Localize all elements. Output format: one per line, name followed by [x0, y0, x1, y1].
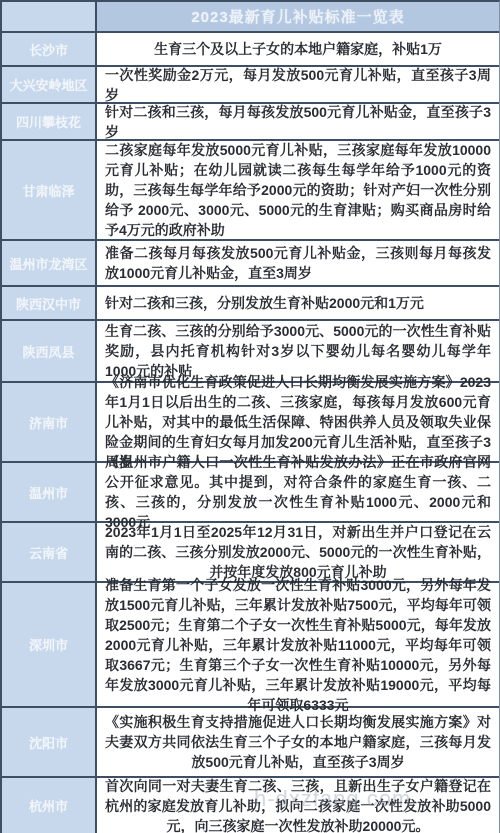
- table-row: 大兴安岭地区 一次性奖励金2万元，每月发放500元育儿补贴，直至孩子3周岁: [2, 67, 499, 104]
- policy-cell: 2023年1月1日至2025年12月31日，对新出生并户口登记在云南的二孩、三孩…: [97, 523, 499, 581]
- region-cell: 温州市龙湾区: [2, 241, 97, 285]
- region-cell: 四川攀枝花: [2, 104, 97, 139]
- region-cell: 陕西汉中市: [2, 287, 97, 319]
- table-row: 温州市 《温州市户籍人口一次性生育补贴发放办法》正在市政府官网公开征求意见。其中…: [2, 463, 499, 523]
- policy-cell: 《济南市优化生育政策促进人口长期均衡发展实施方案》2023年1月1日以后出生的二…: [97, 383, 499, 461]
- policy-cell: 一次性奖励金2万元，每月发放500元育儿补贴，直至孩子3周岁: [97, 67, 499, 102]
- table-row: 沈阳市 《实施积极生育支持措施促进人口长期均衡发展实施方案》对夫妻双方共同依法生…: [2, 708, 499, 778]
- policy-cell: 首次向同一对夫妻生育二孩、三孩，且新出生子女户籍登记在杭州的家庭发放育儿补助，拟…: [97, 778, 499, 833]
- policy-cell: 针对二孩和三孩，每月每孩发放500元育儿补贴金，直至孩子3岁: [97, 104, 499, 139]
- region-cell: 长沙市: [2, 33, 97, 65]
- policy-cell: 二孩家庭每年发放5000元育儿补贴，三孩家庭每年发放10000元育儿补贴；在幼儿…: [97, 141, 499, 239]
- region-cell: 济南市: [2, 383, 97, 461]
- table-row: 济南市 《济南市优化生育政策促进人口长期均衡发展实施方案》2023年1月1日以后…: [2, 383, 499, 463]
- policy-cell: 准备生育第一个子女发放一次性生育补贴3000元，另外每年发放1500元育儿补贴，…: [97, 583, 499, 706]
- table-row: 长沙市 生育三个及以上子女的本地户籍家庭，补贴1万: [2, 33, 499, 67]
- policy-cell: 《实施积极生育支持措施促进人口长期均衡发展实施方案》对夫妻双方共同依法生育三个子…: [97, 708, 499, 776]
- region-cell: 陕西凤县: [2, 321, 97, 381]
- table-row: 温州市龙湾区 准备二孩每月每孩发放500元育儿补贴金，三孩则每月每孩发放1000…: [2, 241, 499, 287]
- region-cell: 云南省: [2, 523, 97, 581]
- region-cell: 杭州市: [2, 778, 97, 833]
- subsidy-table: 2023最新育儿补贴标准一览表 长沙市 生育三个及以上子女的本地户籍家庭，补贴1…: [0, 0, 500, 833]
- table-row: 深圳市 准备生育第一个子女发放一次性生育补贴3000元，另外每年发放1500元育…: [2, 583, 499, 708]
- policy-cell: 针对二孩和三孩，分别发放生育补贴2000元和1万元: [97, 287, 499, 319]
- header-corner-cell: [2, 2, 97, 31]
- table-row: 陕西汉中市 针对二孩和三孩，分别发放生育补贴2000元和1万元: [2, 287, 499, 321]
- region-cell: 深圳市: [2, 583, 97, 706]
- table-row: 四川攀枝花 针对二孩和三孩，每月每孩发放500元育儿补贴金，直至孩子3岁: [2, 104, 499, 141]
- policy-cell: 生育三个及以上子女的本地户籍家庭，补贴1万: [97, 33, 499, 65]
- region-cell: 沈阳市: [2, 708, 97, 776]
- page-title: 2023最新育儿补贴标准一览表: [97, 2, 499, 31]
- region-cell: 大兴安岭地区: [2, 67, 97, 102]
- policy-cell: 准备二孩每月每孩发放500元育儿补贴金，三孩则每月每孩发放1000元育儿补贴金，…: [97, 241, 499, 285]
- table-row: 杭州市 首次向同一对夫妻生育二孩、三孩，且新出生子女户籍登记在杭州的家庭发放育儿…: [2, 778, 499, 833]
- table-row: 甘肃临泽 二孩家庭每年发放5000元育儿补贴，三孩家庭每年发放10000元育儿补…: [2, 141, 499, 241]
- table-header-row: 2023最新育儿补贴标准一览表: [2, 2, 499, 33]
- policy-cell: 《温州市户籍人口一次性生育补贴发放办法》正在市政府官网公开征求意见。其中提到，对…: [97, 463, 499, 521]
- region-cell: 甘肃临泽: [2, 141, 97, 239]
- region-cell: 温州市: [2, 463, 97, 521]
